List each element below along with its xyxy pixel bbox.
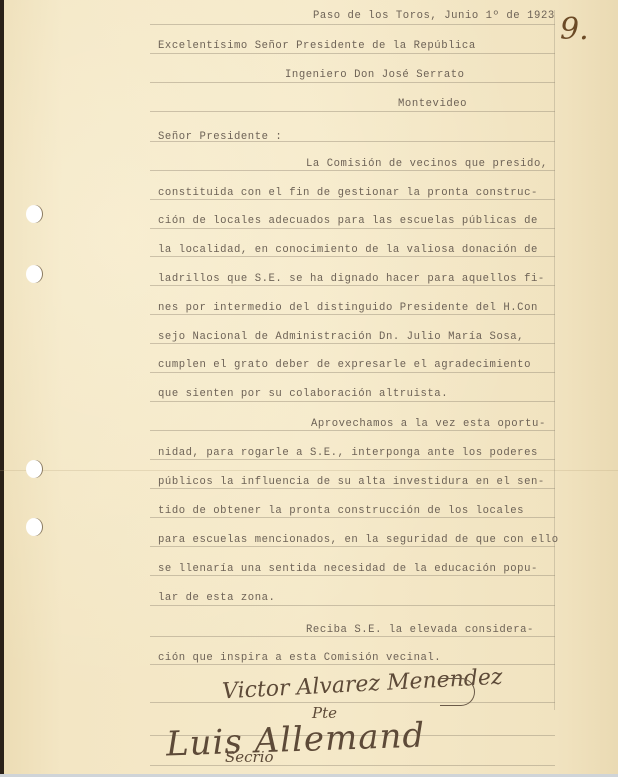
paper-fold (0, 470, 618, 471)
body-line: nes por intermedio del distinguido Presi… (158, 302, 538, 314)
body-line: ladrillos que S.E. se ha dignado hacer p… (158, 273, 545, 285)
ruled-line (150, 636, 555, 637)
body-line: se llenaría una sentida necesidad de la … (158, 563, 538, 575)
body-line: cumplen el grato deber de expresarle el … (158, 359, 531, 371)
ruled-line (150, 343, 555, 344)
ruled-line (150, 111, 555, 112)
punch-hole (26, 205, 42, 223)
body-line: sejo Nacional de Administración Dn. Juli… (158, 331, 524, 343)
ruled-line (150, 430, 555, 431)
page-number: 9. (560, 12, 589, 47)
ruled-line (150, 546, 555, 547)
page-left-edge (0, 0, 4, 777)
ruled-line (150, 401, 555, 402)
ruled-line (150, 170, 555, 171)
ruled-line (150, 372, 555, 373)
body-line: que sienten por su colaboración altruist… (158, 388, 448, 400)
body-line: para escuelas mencionados, en la segurid… (158, 534, 559, 546)
place-date: Paso de los Toros, Junio 1º de 1923 (313, 10, 555, 22)
ruled-line (150, 53, 555, 54)
letter-page: 9. Paso de los Toros, Junio 1º de 1923 E… (0, 0, 618, 777)
salutation: Señor Presidente : (158, 131, 282, 143)
signature-secretary: Luis Allemand (165, 715, 425, 764)
body-line: la localidad, en conocimiento de la vali… (158, 244, 538, 256)
ruled-line (150, 228, 555, 229)
body-line: constituida con el fin de gestionar la p… (158, 187, 538, 199)
addressee-name: Ingeniero Don José Serrato (285, 69, 465, 81)
body-line: públicos la influencia de su alta invest… (158, 476, 545, 488)
ruled-line (150, 605, 555, 606)
ruled-line (150, 24, 555, 25)
body-line: tido de obtener la pronta construcción d… (158, 505, 524, 517)
ruled-line (150, 199, 555, 200)
ruled-line (150, 82, 555, 83)
body-line: Aprovechamos a la vez esta oportu- (311, 418, 546, 430)
body-line: ción que inspira a esta Comisión vecinal… (158, 652, 441, 664)
addressee-city: Montevideo (398, 98, 467, 110)
ruled-line (150, 517, 555, 518)
ruled-line (150, 765, 555, 766)
ruled-line (150, 256, 555, 257)
punch-hole (26, 460, 42, 478)
signature-flourish (440, 678, 475, 706)
punch-hole (26, 265, 42, 283)
ruled-line (150, 488, 555, 489)
body-line: ción de locales adecuados para las escue… (158, 215, 538, 227)
ruled-line (150, 285, 555, 286)
ruled-line (150, 702, 555, 703)
body-line: nidad, para rogarle a S.E., interponga a… (158, 447, 538, 459)
ruled-line (150, 459, 555, 460)
ruled-line (150, 314, 555, 315)
punch-hole (26, 518, 42, 536)
addressee-title: Excelentísimo Señor Presidente de la Rep… (158, 40, 476, 52)
body-line: La Comisión de vecinos que presido, (306, 158, 548, 170)
signature-secretary-role: Secrio (225, 748, 274, 766)
body-line: lar de esta zona. (158, 592, 275, 604)
body-line: Reciba S.E. la elevada considera- (306, 624, 534, 636)
ruled-line (150, 575, 555, 576)
